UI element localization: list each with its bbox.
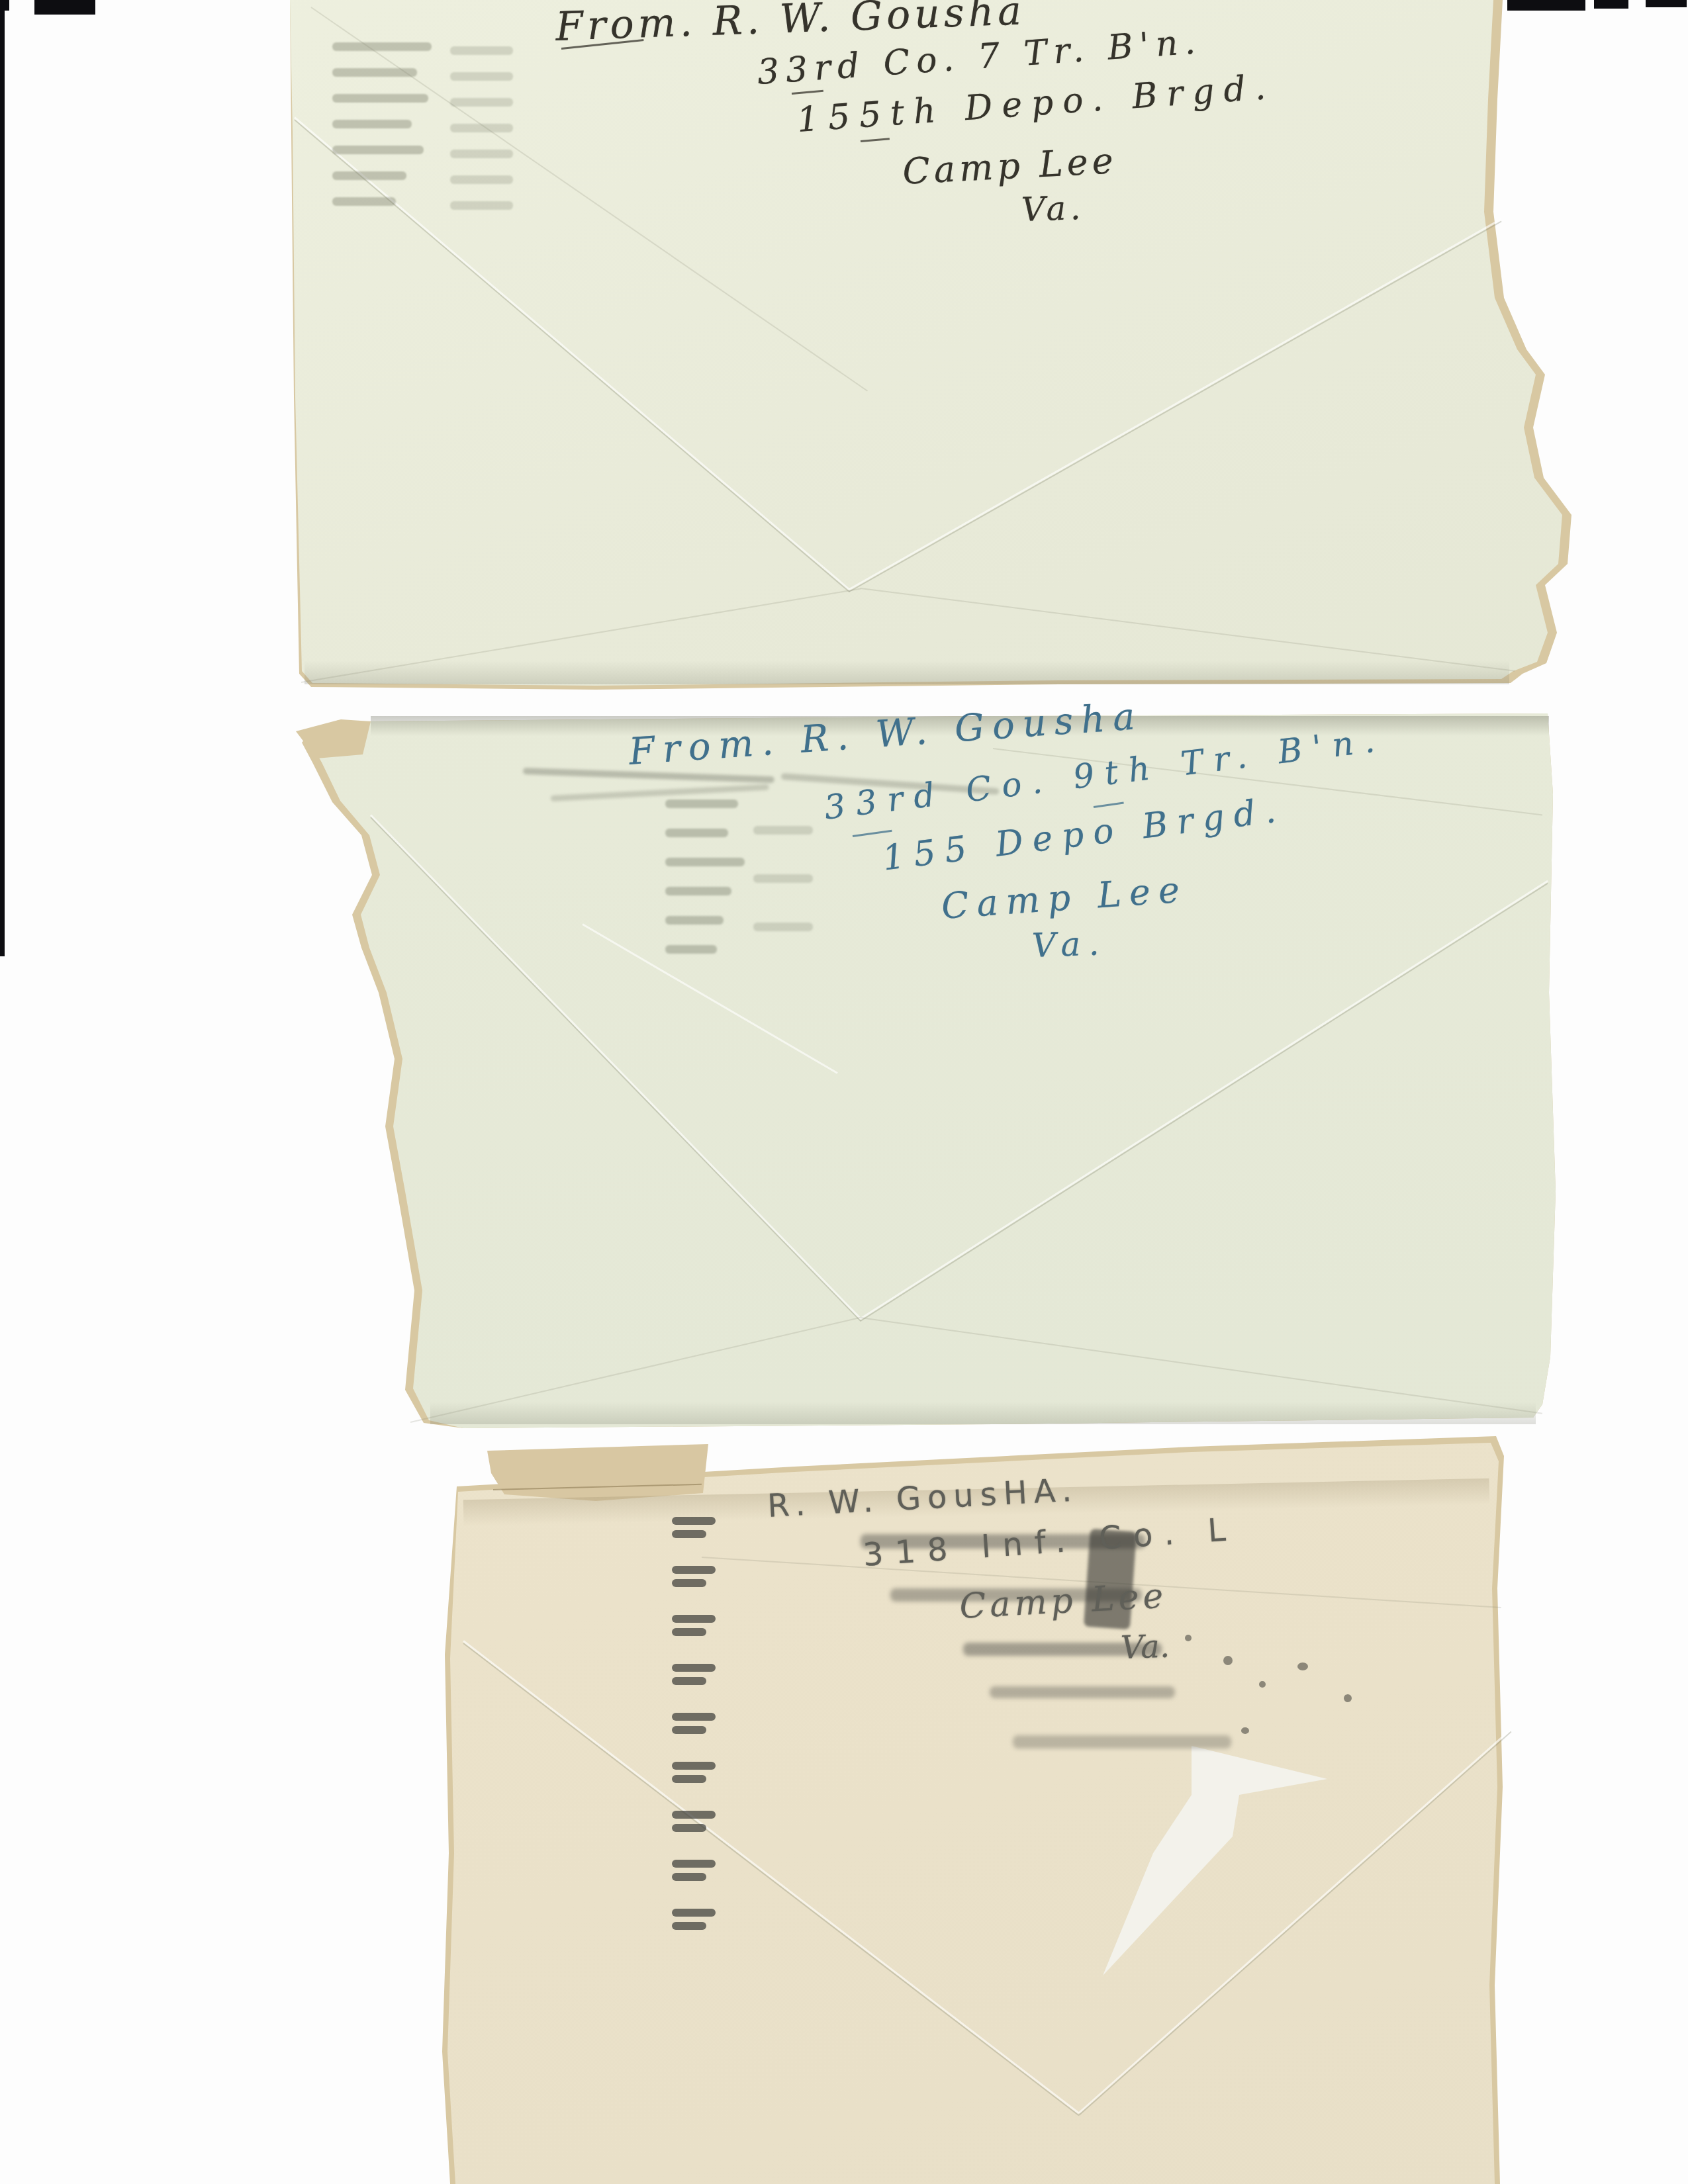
cancellation-bar (332, 146, 424, 154)
cancellation-speck (1344, 1694, 1352, 1702)
cancellation-bar (672, 1922, 706, 1930)
cancellation-bar (672, 1726, 706, 1734)
cancellation-bar (672, 1762, 716, 1770)
cancellation-bar (332, 42, 432, 51)
cancellation-bar (672, 1615, 716, 1623)
cancellation-bar (672, 1824, 706, 1832)
return-address-line: Va. (1031, 924, 1107, 965)
cancellation-bar (672, 1811, 716, 1819)
scanner-top-bar-2 (1594, 0, 1628, 9)
cancellation-bar (753, 923, 813, 931)
cancellation-bar (450, 98, 513, 107)
cancellation-speck (1259, 1681, 1266, 1688)
cancellation-bar (332, 197, 396, 206)
scanner-edge-strip (0, 0, 5, 956)
cancellation-bar (672, 1909, 716, 1917)
cancellation-bar (665, 829, 728, 837)
cancellation-bar (672, 1860, 716, 1868)
cancellation-bar (672, 1664, 716, 1672)
cancellation-bars-faint (753, 826, 813, 971)
cancellation-smudge (990, 1686, 1175, 1698)
scanned-page: From. R. W. Gousha 33rd Co. 7 Tr. B'n. 1… (0, 0, 1688, 2184)
cancellation-bar (665, 887, 731, 895)
cancellation-bars (672, 1517, 716, 1958)
cancellation-bar (672, 1530, 706, 1538)
cancellation-speck (1297, 1662, 1308, 1670)
cancellation-bar (672, 1566, 716, 1574)
cancellation-bar (450, 201, 513, 210)
cancellation-bar (672, 1628, 706, 1636)
envelope-middle-bottom-shade (430, 1402, 1536, 1424)
return-address-line: Va. (1120, 1627, 1170, 1666)
cancellation-speck (1185, 1635, 1192, 1641)
cancellation-bar (672, 1579, 706, 1587)
cancellation-bar (450, 72, 513, 81)
scanner-corner-mark-small (0, 0, 9, 11)
cancellation-bar (332, 94, 428, 103)
cancellation-bar (665, 916, 724, 925)
cancellation-bars (665, 799, 745, 974)
cancellation-bar (332, 171, 406, 180)
cancellation-bar (672, 1873, 706, 1881)
cancellation-bar (665, 945, 717, 954)
cancellation-bar (672, 1713, 716, 1721)
cancellation-bar (450, 46, 513, 55)
cancellation-bar (332, 68, 417, 77)
cancellation-bar (672, 1517, 716, 1525)
cancellation-speck (1223, 1656, 1233, 1665)
cancellation-bar (450, 124, 513, 132)
cancellation-bar (332, 120, 412, 128)
cancellation-bars-faint (450, 46, 513, 227)
scanner-top-bar-1 (1507, 0, 1585, 11)
cancellation-bar (450, 175, 513, 184)
cancellation-speck (1241, 1727, 1249, 1734)
scanner-corner-mark (34, 0, 95, 15)
scanner-top-bar-3 (1646, 0, 1687, 7)
return-address-line: Va. (1021, 189, 1085, 229)
cancellation-smudge (1013, 1735, 1231, 1749)
envelope-top-bottom-shade (305, 660, 1509, 684)
cancellation-bar (450, 150, 513, 158)
cancellation-bars (332, 42, 432, 223)
cancellation-bar (753, 826, 813, 835)
cancellation-bar (672, 1775, 706, 1783)
cancellation-bar (753, 874, 813, 883)
cancellation-bar (665, 858, 745, 866)
cancellation-bar (665, 799, 738, 808)
cancellation-bar (672, 1677, 706, 1685)
